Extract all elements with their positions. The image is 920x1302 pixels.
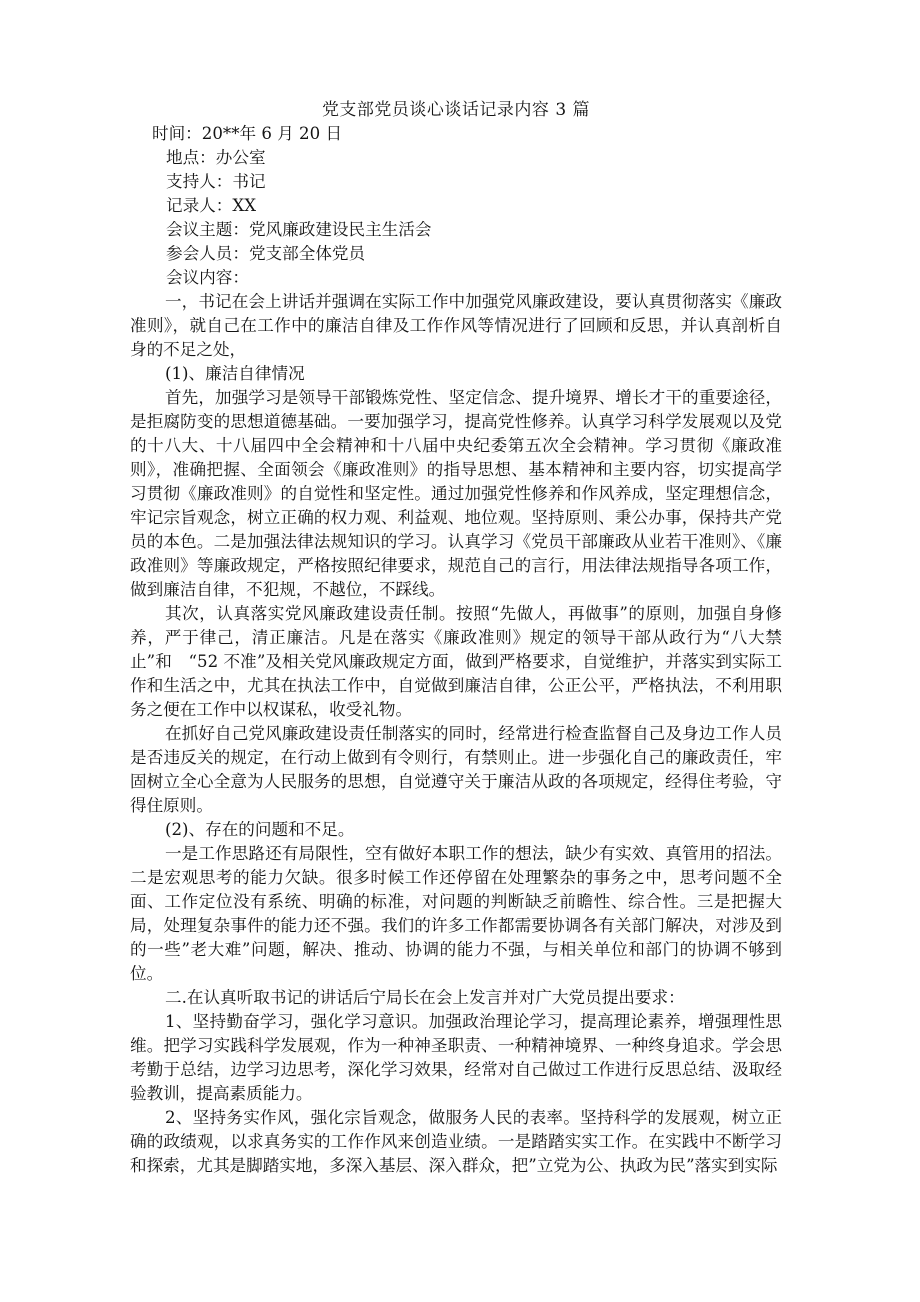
paragraph-supervision: 在抓好自己党风廉政建设责任制落实的同时，经常进行检查监督自己及身边工作人员是否违… [130, 722, 782, 818]
paragraph-second-point: 其次，认真落实党风廉政建设责任制。按照“先做人，再做事”的原则，加强自身修养，严… [130, 602, 782, 722]
paragraph-requirement-2: 2、坚持务实作风，强化宗旨观念，做服务人民的表率。坚持科学的发展观，树立正确的政… [130, 1106, 782, 1178]
paragraph-section-two: 二.在认真听取书记的讲话后宁局长在会上发言并对广大党员提出要求： [130, 986, 782, 1010]
meta-line-time: 时间：20**年 6 月 20 日 [130, 122, 782, 146]
paragraph-heading-1: (1)、廉洁自律情况 [130, 362, 782, 386]
paragraph-first-point: 首先，加强学习是领导干部锻炼党性、坚定信念、提升境界、增长才干的重要途径，是拒腐… [130, 386, 782, 602]
paragraph-requirement-1: 1、坚持勤奋学习，强化学习意识。加强政治理论学习，提高理论素养，增强理性思维。把… [130, 1010, 782, 1106]
paragraph-problems: 一是工作思路还有局限性，空有做好本职工作的想法，缺少有实效、真管用的招法。二是宏… [130, 842, 782, 986]
meta-line-location: 地点：办公室 [130, 146, 782, 170]
document-content: 党支部党员谈心谈话记录内容 3 篇 时间：20**年 6 月 20 日 地点：办… [130, 98, 782, 1178]
meta-line-topic: 会议主题：党风廉政建设民主生活会 [130, 218, 782, 242]
paragraph-intro: 一，书记在会上讲话并强调在实际工作中加强党风廉政建设，要认真贯彻落实《廉政准则》… [130, 290, 782, 362]
meta-line-host: 支持人：书记 [130, 170, 782, 194]
meta-line-attendees: 参会人员：党支部全体党员 [130, 242, 782, 266]
document-page: 党支部党员谈心谈话记录内容 3 篇 时间：20**年 6 月 20 日 地点：办… [0, 0, 920, 1302]
meta-line-recorder: 记录人：XX [130, 194, 782, 218]
document-title: 党支部党员谈心谈话记录内容 3 篇 [130, 98, 782, 122]
paragraph-heading-2: (2)、存在的问题和不足。 [130, 818, 782, 842]
meta-line-content-label: 会议内容： [130, 266, 782, 290]
